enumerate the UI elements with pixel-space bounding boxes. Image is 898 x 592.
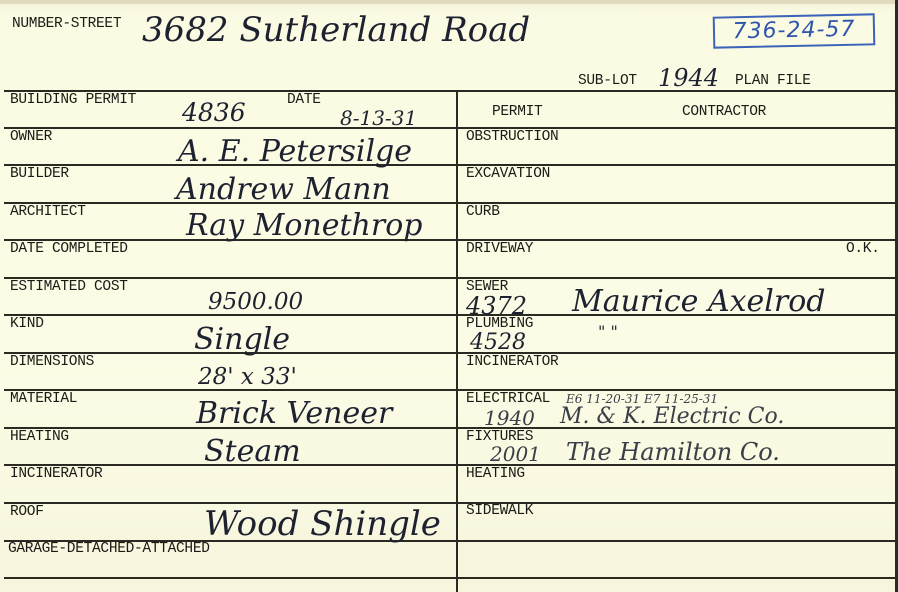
label-incinerator-right: INCINERATOR	[466, 354, 558, 370]
rule	[4, 90, 898, 92]
permit-card: NUMBER-STREET 3682 Sutherland Road 736-2…	[0, 0, 898, 592]
value-heating: Steam	[204, 434, 301, 469]
permit-column-header: PERMIT	[492, 104, 542, 120]
label-kind: KIND	[10, 316, 44, 332]
label-architect: ARCHITECT	[10, 204, 86, 220]
label-heating-right: HEATING	[466, 466, 525, 482]
label-driveway: DRIVEWAY	[466, 241, 533, 257]
rule	[4, 127, 898, 129]
value-owner: A. E. Petersilge	[178, 134, 412, 169]
label-builder: BUILDER	[10, 166, 69, 182]
sewer-permit-number: 4372	[466, 292, 527, 320]
rule	[4, 202, 898, 204]
rule	[4, 277, 898, 279]
label-roof: ROOF	[10, 504, 44, 520]
value-date: 8-13-31	[340, 106, 417, 130]
label-excavation: EXCAVATION	[466, 166, 550, 182]
label-dimensions: DIMENSIONS	[10, 354, 94, 370]
label-garage: GARAGE-DETACHED-ATTACHED	[8, 541, 210, 557]
label-curb: CURB	[466, 204, 500, 220]
label-heating: HEATING	[10, 429, 69, 445]
label-building-permit: BUILDING PERMIT	[10, 92, 136, 108]
value-estimated-cost: 9500.00	[208, 289, 303, 315]
electrical-contractor: M. & K. Electric Co.	[560, 404, 784, 429]
fixtures-permit-number: 2001	[490, 442, 541, 466]
value-dimensions: 28' x 33'	[198, 364, 297, 390]
value-driveway: O.K.	[846, 241, 880, 257]
plan-file-label: PLAN FILE	[735, 73, 811, 89]
label-electrical: ELECTRICAL	[466, 391, 550, 407]
label-owner: OWNER	[10, 129, 52, 145]
rule	[4, 352, 898, 354]
value-roof: Wood Shingle	[204, 504, 441, 544]
sewer-contractor: Maurice Axelrod	[572, 284, 826, 319]
rule	[4, 164, 898, 166]
label-date-completed: DATE COMPLETED	[10, 241, 128, 257]
column-divider	[456, 90, 458, 592]
label-obstruction: OBSTRUCTION	[466, 129, 558, 145]
label-estimated-cost: ESTIMATED COST	[10, 279, 128, 295]
card-top-edge	[0, 0, 898, 4]
sub-lot-label: SUB-LOT	[578, 73, 637, 89]
rule	[4, 577, 898, 579]
plumbing-contractor-ditto: " "	[598, 322, 618, 341]
label-incinerator: INCINERATOR	[10, 466, 102, 482]
value-kind: Single	[194, 322, 290, 357]
number-street-label: NUMBER-STREET	[12, 16, 121, 32]
rule	[4, 239, 898, 241]
sub-lot-value: 1944	[658, 64, 719, 92]
label-material: MATERIAL	[10, 391, 77, 407]
value-material: Brick Veneer	[196, 396, 392, 431]
rule	[4, 502, 898, 504]
contractor-column-header: CONTRACTOR	[682, 104, 766, 120]
label-date: DATE	[287, 92, 321, 108]
number-street-value: 3682 Sutherland Road	[142, 10, 530, 50]
value-building-permit: 4836	[182, 98, 246, 127]
rule	[4, 389, 898, 391]
label-sidewalk: SIDEWALK	[466, 503, 533, 519]
plumbing-permit-number: 4528	[470, 330, 526, 355]
electrical-permit-number: 1940	[484, 406, 535, 430]
stamp-number: 736-24-57	[713, 13, 876, 48]
value-architect: Ray Monethrop	[186, 208, 422, 243]
fixtures-contractor: The Hamilton Co.	[566, 438, 780, 466]
value-builder: Andrew Mann	[176, 172, 391, 207]
